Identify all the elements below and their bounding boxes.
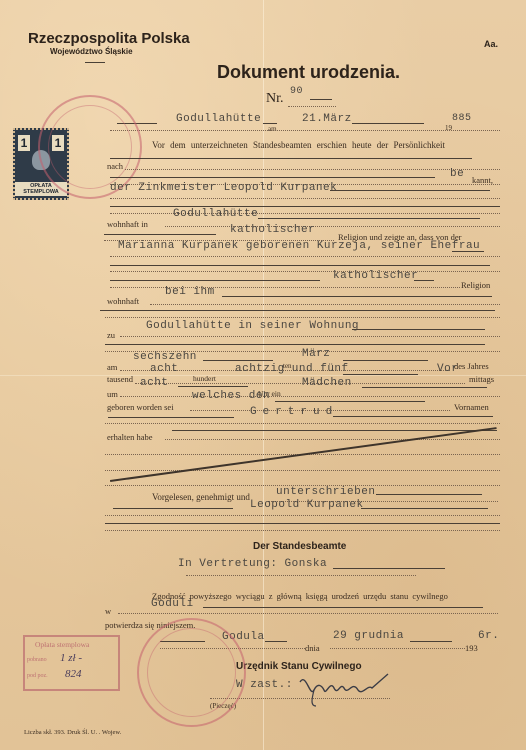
religion-label-2: Religion — [461, 280, 490, 290]
vornamen-label: Vornamen — [454, 402, 489, 412]
dotline — [165, 439, 500, 440]
dotline — [105, 423, 500, 424]
declarant-value: der Zinkmeister Leopold Kurpanek — [110, 182, 337, 194]
rule — [352, 329, 485, 330]
country-heading: Rzeczpospolita Polska — [28, 30, 190, 47]
dotline — [165, 226, 500, 227]
rule — [362, 387, 487, 388]
document-title: Dokument urodzenia. — [217, 62, 400, 83]
dotline — [120, 396, 500, 397]
be-value: be — [450, 168, 464, 180]
dnia-label: dnia — [305, 643, 320, 653]
fee-row1-value: 1 zł - — [60, 652, 82, 664]
revenue-label-line2: STEMPLOWA — [15, 189, 67, 195]
mittags-label: mittags — [469, 374, 494, 384]
wohnhaft-label: wohnhaft — [107, 296, 139, 306]
number-label: Nr. — [266, 91, 284, 107]
month-value: März — [302, 348, 330, 360]
rule — [352, 123, 424, 124]
rule — [333, 416, 493, 417]
rule — [178, 386, 248, 387]
rule — [330, 190, 490, 191]
rule — [172, 430, 497, 431]
certification-text: Zgodność powyższego wyciągu z główną ksi… — [152, 591, 448, 601]
des-jahres-label: des Jahres — [454, 361, 489, 371]
meridiem-value: Vor — [437, 363, 458, 375]
dotline — [135, 383, 465, 384]
dotline — [105, 470, 500, 471]
cert-date-value: 29 grudnia — [333, 630, 404, 642]
year-words-value: achtzig und fünf — [235, 363, 349, 375]
nach-label: nach — [107, 161, 123, 171]
geboren-label: geboren worden sei — [107, 402, 174, 412]
w-label: w — [105, 606, 111, 616]
am-label: am — [268, 125, 277, 133]
child-sex-value: Mädchen — [302, 377, 352, 389]
birth-document: Rzeczpospolita Polska Województwo Śląski… — [0, 0, 526, 750]
declarant-religion-value: katholischer — [230, 224, 315, 236]
declarant-residence-value: Godullahütte — [173, 208, 258, 220]
registrar-name: In Vertretung: Gonska — [178, 558, 327, 570]
corner-mark: Aa. — [484, 39, 498, 49]
revenue-value-left: 1 — [18, 135, 30, 151]
rule — [113, 508, 233, 509]
am-label: am — [107, 362, 117, 372]
welches-den-value: welches den — [192, 390, 270, 402]
dotline — [110, 271, 500, 272]
dotline — [330, 648, 465, 649]
dotline — [105, 317, 500, 318]
birth-place-value: Godullahütte in seiner Wohnung — [146, 320, 359, 332]
signed-value: unterschrieben — [276, 486, 375, 498]
fee-row1-label: pobrano — [27, 657, 47, 663]
wohnhaft-in-label: wohnhaft in — [107, 219, 148, 229]
tausend-label: tausend — [107, 374, 133, 384]
day-value: sechszehn — [133, 351, 197, 363]
dotline — [110, 130, 500, 131]
um-label: um — [107, 389, 118, 399]
rule — [104, 234, 216, 235]
number-value: 90 — [290, 86, 303, 97]
hundreds-value: acht — [150, 363, 178, 375]
divider — [85, 62, 105, 63]
erhalten-label: erhalten habe — [107, 432, 153, 442]
dotline — [125, 169, 500, 170]
dotline — [105, 515, 500, 516]
rule — [310, 99, 332, 100]
mother-residence-value: bei ihm — [165, 286, 215, 298]
fee-row2-label: pod poz. — [27, 673, 48, 679]
dotline — [110, 256, 500, 257]
fee-stamp-box: Opłata stemplowa pobrano 1 zł - pod poz.… — [23, 635, 120, 691]
fold-line-horizontal — [0, 375, 526, 376]
number-dotline — [288, 106, 336, 107]
signature-icon — [296, 668, 391, 708]
round-seal-stamp-bottom — [137, 618, 246, 727]
rule — [263, 123, 277, 124]
dotline — [120, 336, 500, 337]
rule — [452, 251, 484, 252]
rule — [275, 401, 425, 402]
rule — [410, 641, 452, 642]
hour-value: acht — [140, 377, 168, 389]
province-heading: Województwo Śląskie — [50, 47, 133, 56]
rule — [222, 296, 492, 297]
signer-value: Leopold Kurpanek — [250, 499, 364, 511]
intro-text: Vor dem unterzeichneten Standesbeamten e… — [152, 140, 445, 150]
rule — [258, 218, 480, 219]
rule — [105, 344, 485, 345]
mother-value: Marianna Kurpanek geborenen Kurzeja, sei… — [118, 240, 480, 252]
rule — [203, 360, 273, 361]
fee-stamp-title: Opłata stemplowa — [35, 640, 89, 649]
rule — [110, 177, 435, 178]
rule — [333, 568, 445, 569]
rule — [108, 417, 234, 418]
hundert-label: hundert — [193, 374, 216, 383]
place-value: Godullahütte — [176, 113, 261, 125]
office-value: Goduli — [151, 598, 194, 610]
child-name-value: Gertrud — [250, 406, 338, 418]
dotline — [150, 304, 500, 305]
dotline — [186, 575, 416, 576]
dotline — [110, 213, 500, 214]
rule — [203, 607, 483, 608]
mother-religion-value: katholischer — [333, 270, 418, 282]
cert-year-prefix: 193 — [465, 643, 478, 653]
rule — [376, 494, 482, 495]
fee-row2-value: 824 — [65, 668, 82, 680]
registrar-title: Der Standesbeamte — [253, 541, 346, 552]
rule — [361, 508, 488, 509]
rule — [265, 641, 287, 642]
rule — [414, 280, 434, 281]
date-value: 21.März — [302, 113, 352, 125]
rule — [110, 265, 490, 266]
dotline — [110, 287, 460, 288]
rule — [110, 158, 472, 159]
cert-year-suffix: 6r. — [478, 630, 499, 642]
year-value: 885 — [452, 113, 472, 124]
rule — [343, 374, 418, 375]
rule — [110, 280, 320, 281]
dotline — [105, 530, 500, 531]
zu-label: zu — [107, 330, 115, 340]
rule — [105, 523, 500, 524]
rule — [100, 310, 495, 311]
rule — [343, 360, 428, 361]
dotline — [118, 613, 498, 614]
rule — [110, 206, 500, 207]
vorgelesen-label: Vorgelesen, genehmigt und — [152, 492, 250, 502]
print-note: Liczba skł. 393. Druk Śl. U. . Wojew. — [24, 729, 121, 736]
dotline — [110, 198, 500, 199]
